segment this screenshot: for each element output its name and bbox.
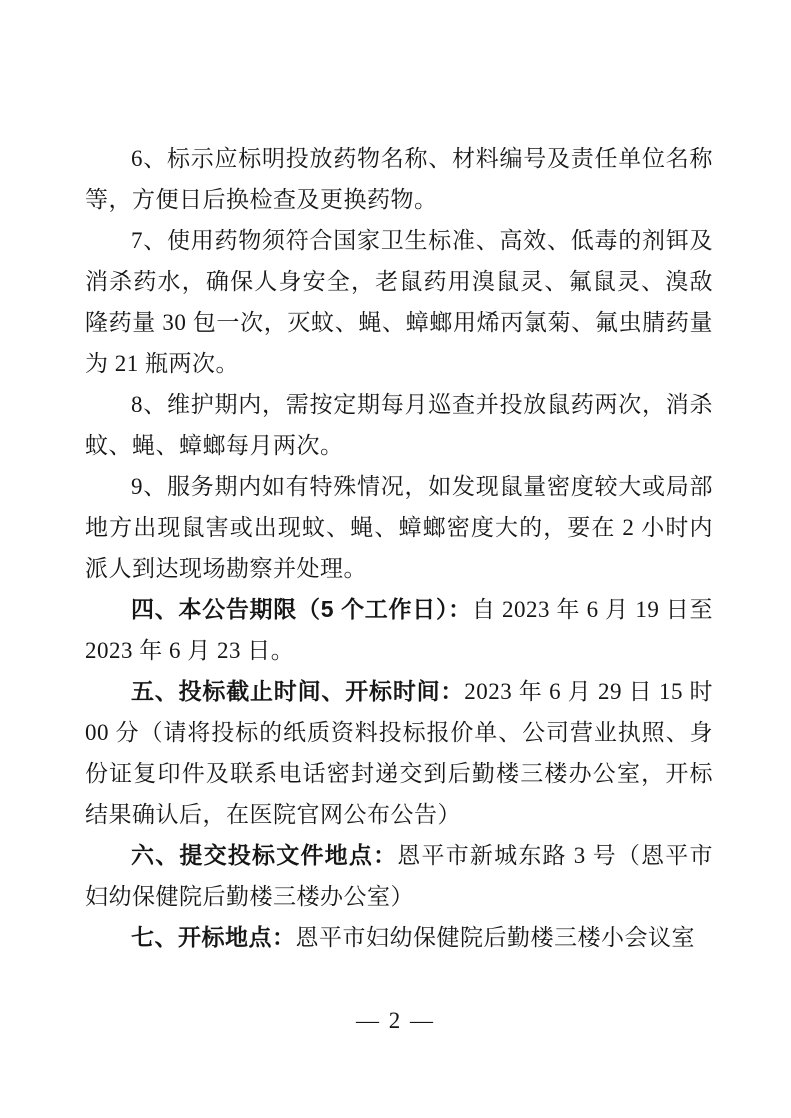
document-page: 6、标示应标明投放药物名称、材料编号及责任单位名称等，方便日后换检查及更换药物。… bbox=[0, 0, 791, 1118]
section-heading: 五、投标截止时间、开标时间： bbox=[131, 678, 464, 704]
section-submission-location: 六、提交投标文件地点：恩平市新城东路 3 号（恩平市妇幼保健院后勤楼三楼办公室） bbox=[85, 835, 713, 917]
section-bid-deadline: 五、投标截止时间、开标时间：2023 年 6 月 29 日 15 时 00 分（… bbox=[85, 671, 713, 835]
section-bid-opening-location: 七、开标地点：恩平市妇幼保健院后勤楼三楼小会议室 bbox=[85, 917, 713, 958]
paragraph-text: 9、服务期内如有特殊情况，如发现鼠量密度较大或局部地方出现鼠害或出现蚊、蝇、蟑螂… bbox=[85, 474, 713, 581]
paragraph-text: 8、维护期内，需按定期每月巡查并投放鼠药两次，消杀蚊、蝇、蟑螂每月两次。 bbox=[85, 392, 713, 458]
page-number: — 2 — bbox=[0, 1008, 791, 1034]
paragraph-item-9: 9、服务期内如有特殊情况，如发现鼠量密度较大或局部地方出现鼠害或出现蚊、蝇、蟑螂… bbox=[85, 466, 713, 589]
paragraph-item-6: 6、标示应标明投放药物名称、材料编号及责任单位名称等，方便日后换检查及更换药物。 bbox=[85, 138, 713, 220]
paragraph-text: 6、标示应标明投放药物名称、材料编号及责任单位名称等，方便日后换检查及更换药物。 bbox=[85, 146, 713, 212]
section-announcement-period: 四、本公告期限（5 个工作日）：自 2023 年 6 月 19 日至 2023 … bbox=[85, 589, 713, 671]
paragraph-item-8: 8、维护期内，需按定期每月巡查并投放鼠药两次，消杀蚊、蝇、蟑螂每月两次。 bbox=[85, 384, 713, 466]
section-heading: 六、提交投标文件地点： bbox=[131, 842, 397, 868]
section-text: 恩平市妇幼保健院后勤楼三楼小会议室 bbox=[296, 925, 696, 950]
paragraph-text: 7、使用药物须符合国家卫生标准、高效、低毒的剂铒及消杀药水，确保人身安全，老鼠药… bbox=[85, 228, 713, 376]
paragraph-item-7: 7、使用药物须符合国家卫生标准、高效、低毒的剂铒及消杀药水，确保人身安全，老鼠药… bbox=[85, 220, 713, 384]
document-body: 6、标示应标明投放药物名称、材料编号及责任单位名称等，方便日后换检查及更换药物。… bbox=[85, 138, 713, 958]
section-heading: 四、本公告期限（5 个工作日）： bbox=[131, 596, 472, 622]
section-heading: 七、开标地点： bbox=[131, 924, 296, 950]
